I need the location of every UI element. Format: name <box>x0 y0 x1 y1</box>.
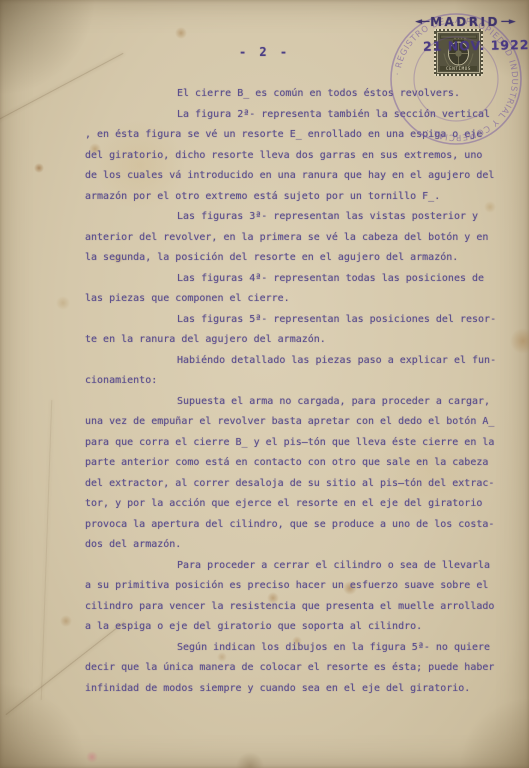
typed-line: cilindro para vencer la resistencia que … <box>85 597 499 618</box>
typed-line: Para proceder a cerrar el cilindro o sea… <box>85 556 499 577</box>
typed-line: parte anterior como está en contacto con… <box>85 453 499 474</box>
typed-line: para que corra el cierre B̲ y el pis̶tón… <box>85 433 499 454</box>
typed-line: a su primitiva posición es preciso hacer… <box>85 576 499 597</box>
typed-line: decir que la única manera de colocar el … <box>85 658 499 679</box>
typed-line: Las figuras 4ª- representan todas las po… <box>85 269 499 290</box>
right-arrow-icon: —► <box>501 17 515 27</box>
typed-line: provoca la apertura del cilindro, que se… <box>85 515 499 536</box>
typed-line: del giratorio, dicho resorte lleva dos g… <box>85 146 499 167</box>
postmark-city-line: ◄— MADRID —► <box>402 15 528 29</box>
left-arrow-icon: ◄— <box>415 17 429 27</box>
typed-line: Habiéndo detallado las piezas paso a exp… <box>85 351 499 372</box>
typed-line: las piezas que componen el cierre. <box>85 289 499 310</box>
typed-line: una vez de empuñar el revolver basta apr… <box>85 412 499 433</box>
typed-line: Las figuras 5ª- representan las posicion… <box>85 310 499 331</box>
typed-line: anterior del revolver, en la primera se … <box>85 228 499 249</box>
typed-line: de los cuales vá introducido en una ranu… <box>85 166 499 187</box>
typed-line: armazón por el otro extremo está sujeto … <box>85 187 499 208</box>
typed-line: cionamiento: <box>85 371 499 392</box>
typed-line: la segunda, la posición del resorte en e… <box>85 248 499 269</box>
typed-line: del extractor, al correr desaloja de su … <box>85 474 499 495</box>
typed-line: dos del armazón. <box>85 535 499 556</box>
typed-line: infinidad de modos siempre y cuando sea … <box>85 679 499 700</box>
typed-line: Según indican los dibujos en la figura 5… <box>85 638 499 659</box>
typed-text-block: El cierre B̲ es común en todos éstos rev… <box>85 84 499 699</box>
typed-line: Supuesta el arma no cargada, para proced… <box>85 392 499 413</box>
typed-line: El cierre B̲ es común en todos éstos rev… <box>85 84 499 105</box>
typed-line: Las figuras 3ª- representan las vistas p… <box>85 207 499 228</box>
typed-line: a la espiga o eje del giratorio que sopo… <box>85 617 499 638</box>
document-page: CENTIMOS · REGISTRO DE LA PROPIEDAD INDU… <box>0 0 529 768</box>
paper-crease <box>41 400 52 700</box>
postmark-city-label: MADRID <box>430 15 500 29</box>
stamp-value-label: CENTIMOS <box>446 66 471 71</box>
typed-line: La figura 2ª- representa también la secc… <box>85 105 499 126</box>
typed-line: , en ésta figura se vé un resorte E̲ enr… <box>85 125 499 146</box>
typed-line: te en la ranura del agujero del armazón. <box>85 330 499 351</box>
typed-line: tor, y por la acción que ejerce el resor… <box>85 494 499 515</box>
postmark-date: 21 NOV. 1922 <box>423 37 529 54</box>
